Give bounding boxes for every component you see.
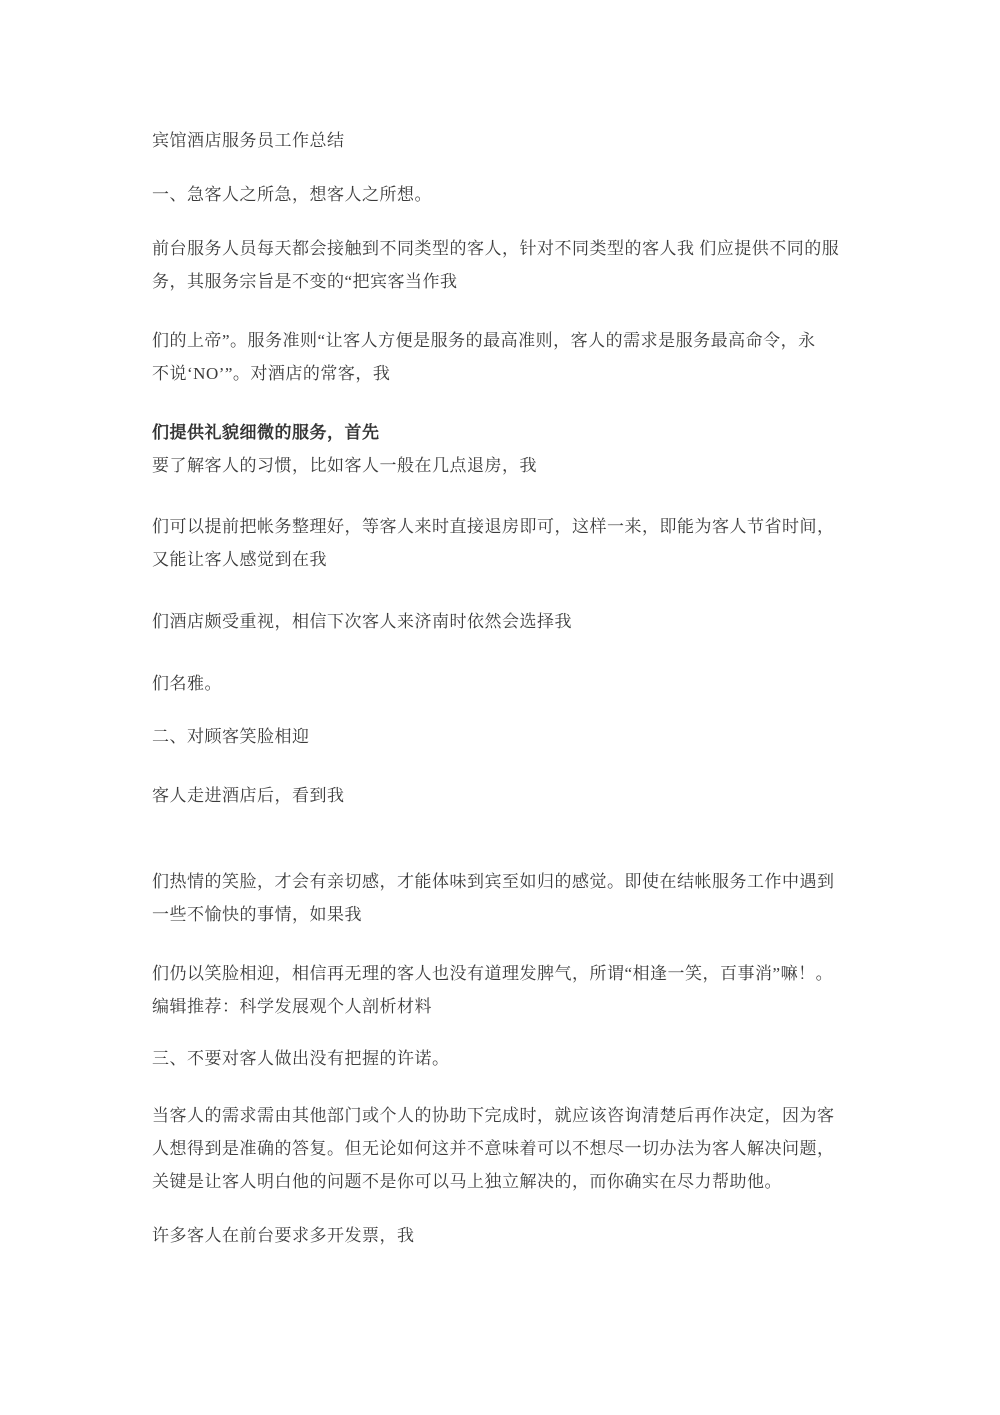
document-body: 宾馆酒店服务员工作总结 一、急客人之所急，想客人之所想。 前台服务人员每天都会接…: [152, 124, 892, 1278]
document-page: 宾馆酒店服务员工作总结 一、急客人之所急，想客人之所想。 前台服务人员每天都会接…: [0, 0, 1000, 1415]
paragraph-guest-enters: 客人走进酒店后，看到我: [152, 779, 892, 812]
paragraph-hotel-valued: 们酒店颇受重视，相信下次客人来济南时依然会选择我: [152, 605, 892, 638]
paragraph-warm-smile: 们热情的笑脸，才会有亲切感，才能体味到宾至如归的感觉。即使在结帐服务工作中遇到 …: [152, 865, 892, 931]
paragraph-mingya: 们名雅。: [152, 667, 892, 700]
section-heading-3: 三、不要对客人做出没有把握的许诺。: [152, 1042, 892, 1075]
paragraph-no-promises: 当客人的需求需由其他部门或个人的协助下完成时，就应该咨询清楚后再作决定，因为客 …: [152, 1099, 892, 1198]
paragraph-checkout-prep: 们可以提前把帐务整理好，等客人来时直接退房即可，这样一来，即能为客人节省时间， …: [152, 510, 892, 576]
section-heading-1: 一、急客人之所急，想客人之所想。: [152, 178, 892, 211]
paragraph-smile-recommendation: 们仍以笑脸相迎，相信再无理的客人也没有道理发脾气，所谓“相逢一笑，百事消”嘛！。…: [152, 957, 892, 1023]
paragraph-emphasis-polite-service: 们提供礼貌细微的服务，首先: [152, 416, 892, 449]
section-heading-2: 二、对顾客笑脸相迎: [152, 720, 892, 753]
doc-title: 宾馆酒店服务员工作总结: [152, 124, 892, 157]
paragraph-guest-habits: 要了解客人的习惯，比如客人一般在几点退房，我: [152, 449, 892, 482]
paragraph-invoice-requests: 许多客人在前台要求多开发票，我: [152, 1219, 892, 1252]
paragraph-front-desk: 前台服务人员每天都会接触到不同类型的客人，针对不同类型的客人我 们应提供不同的服…: [152, 232, 892, 298]
paragraph-service-motto: 们的上帝”。服务准则“让客人方便是服务的最高准则，客人的需求是服务最高命令，永 …: [152, 324, 892, 390]
